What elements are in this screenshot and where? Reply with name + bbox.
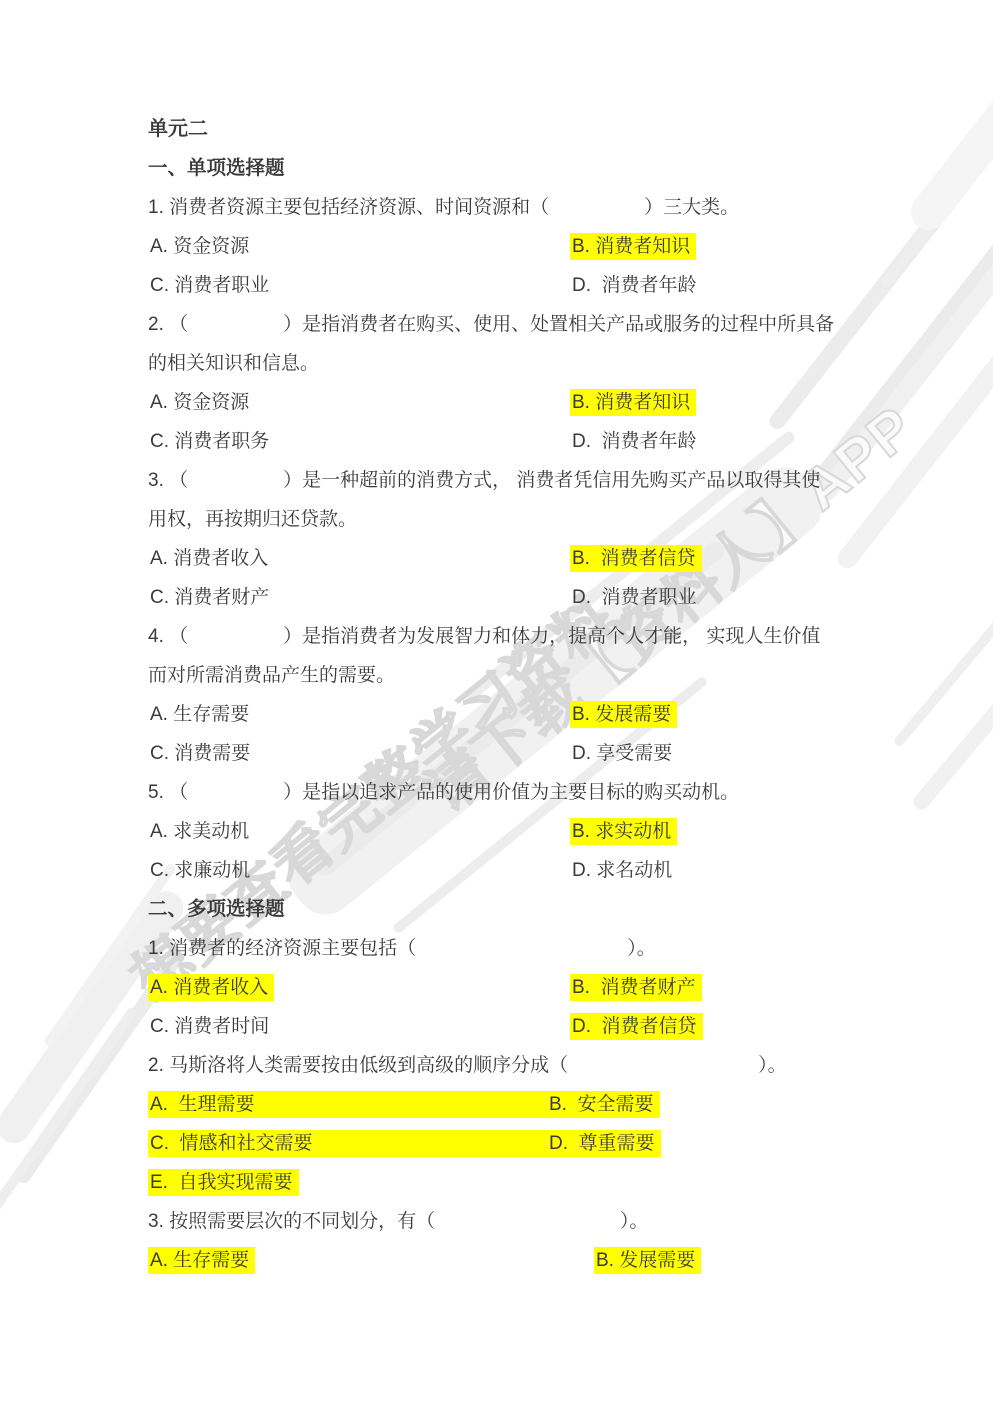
background-streak: [903, 0, 993, 237]
option-text: A. 生存需要: [148, 701, 255, 728]
option-text: B. 发展需要: [594, 1247, 701, 1274]
question-line: 用权，再按期归还贷款。: [148, 500, 878, 539]
option-text: A. 资金资源: [148, 389, 255, 416]
question-line: 的相关知识和信息。: [148, 344, 878, 383]
option-text: C. 消费需要: [148, 740, 256, 767]
option-row: A. 消费者收入B. 消费者信贷: [148, 539, 878, 578]
question-line: 1. 消费者资源主要包括经济资源、时间资源和（ ）三大类。: [148, 188, 878, 227]
page-title: 单元二: [148, 110, 878, 149]
option-text: A. 消费者收入: [148, 974, 274, 1001]
option-row: C. 求廉动机D. 求名动机: [148, 851, 878, 890]
document-page: 想要查看完整学习资料 请下载【资料人】APP 单元二一、单项选择题1. 消费者资…: [0, 0, 993, 1404]
option-text: E. 自我实现需要: [148, 1169, 299, 1196]
question-line: 3. 按照需要层次的不同划分，有（ ）。: [148, 1202, 878, 1241]
question-line: 2. 马斯洛将人类需要按由低级到高级的顺序分成（ ）。: [148, 1046, 878, 1085]
option-text: B. 求实动机: [570, 818, 677, 845]
option-text: C. 消费者财产: [148, 584, 275, 611]
option-text: D. 消费者职业: [570, 584, 703, 611]
option-text: C. 情感和社交需要: [148, 1130, 547, 1157]
section-heading: 二、多项选择题: [148, 890, 878, 929]
option-row: C. 消费者职务D. 消费者年龄: [148, 422, 878, 461]
option-row: A. 生理需要B. 安全需要: [148, 1085, 878, 1124]
option-row: C. 消费者时间D. 消费者信贷: [148, 1007, 878, 1046]
option-row: C. 消费者财产D. 消费者职业: [148, 578, 878, 617]
option-text: D. 享受需要: [570, 740, 678, 767]
option-row: A. 生存需要B. 发展需要: [148, 1241, 878, 1280]
section-heading: 一、单项选择题: [148, 149, 878, 188]
option-text: B. 消费者知识: [570, 233, 696, 260]
option-text: B. 消费者财产: [570, 974, 702, 1001]
option-text: D. 消费者信贷: [570, 1013, 703, 1040]
exam-content: 单元二一、单项选择题1. 消费者资源主要包括经济资源、时间资源和（ ）三大类。A…: [148, 110, 878, 1280]
question-line: 5. （ ）是指以追求产品的使用价值为主要目标的购买动机。: [148, 773, 878, 812]
background-streak: [893, 542, 993, 748]
option-row: E. 自我实现需要: [148, 1163, 878, 1202]
option-text: B. 消费者知识: [570, 389, 696, 416]
option-row: A. 求美动机B. 求实动机: [148, 812, 878, 851]
option-text: B. 安全需要: [547, 1091, 660, 1118]
option-text: A. 求美动机: [148, 818, 255, 845]
option-row: A. 资金资源B. 消费者知识: [148, 383, 878, 422]
option-text: A. 资金资源: [148, 233, 255, 260]
option-row: A. 资金资源B. 消费者知识: [148, 227, 878, 266]
option-text: C. 消费者职业: [148, 272, 275, 299]
option-row: C. 情感和社交需要D. 尊重需要: [148, 1124, 878, 1163]
option-text: D. 尊重需要: [547, 1130, 661, 1157]
question-line: 而对所需消费品产生的需要。: [148, 656, 878, 695]
question-line: 4. （ ）是指消费者为发展智力和体力，提高个人才能， 实现人生价值: [148, 617, 878, 656]
option-text: C. 求廉动机: [148, 857, 256, 884]
option-text: B. 发展需要: [570, 701, 677, 728]
option-row: A. 消费者收入B. 消费者财产: [148, 968, 878, 1007]
option-row: C. 消费者职业D. 消费者年龄: [148, 266, 878, 305]
question-line: 3. （ ）是一种超前的消费方式， 消费者凭信用先购买产品以取得其使: [148, 461, 878, 500]
option-text: A. 生理需要: [148, 1091, 547, 1118]
option-text: A. 生存需要: [148, 1247, 255, 1274]
option-text: D. 求名动机: [570, 857, 678, 884]
option-row: A. 生存需要B. 发展需要: [148, 695, 878, 734]
option-text: C. 消费者职务: [148, 428, 275, 455]
option-text: A. 消费者收入: [148, 545, 274, 572]
question-line: 1. 消费者的经济资源主要包括（ ）。: [148, 929, 878, 968]
option-text: C. 消费者时间: [148, 1013, 275, 1040]
option-text: D. 消费者年龄: [570, 428, 703, 455]
option-text: D. 消费者年龄: [570, 272, 703, 299]
option-text: B. 消费者信贷: [570, 545, 702, 572]
option-row: C. 消费需要D. 享受需要: [148, 734, 878, 773]
question-line: 2. （ ）是指消费者在购买、使用、处置相关产品或服务的过程中所具备: [148, 305, 878, 344]
